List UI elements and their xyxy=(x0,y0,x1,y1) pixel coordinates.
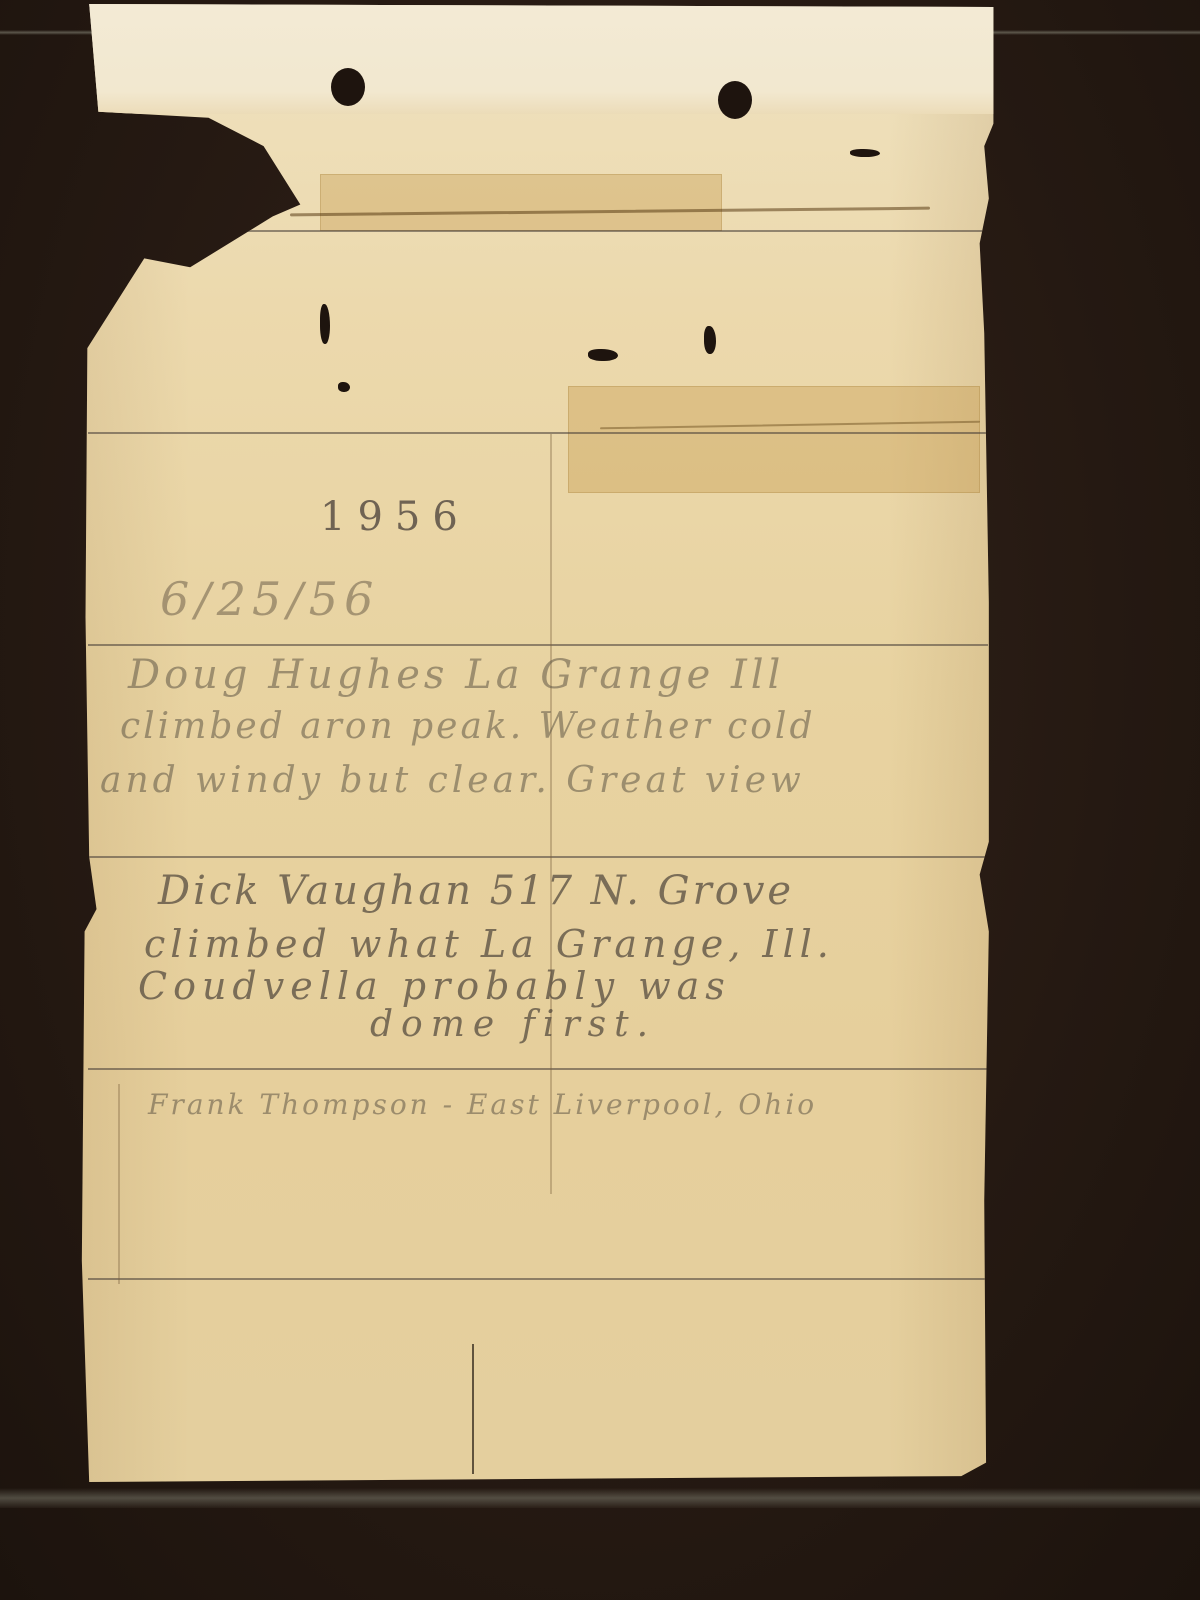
rule-line-1 xyxy=(88,230,988,232)
rule-line-6 xyxy=(88,1278,988,1280)
glass-reflection-bottom xyxy=(0,1488,1200,1508)
entry-1-line-2: climbed aron peak. Weather cold xyxy=(120,706,816,747)
tear-hole-4 xyxy=(704,326,716,354)
entry-3-line-1: Frank Thompson - East Liverpool, Ohio xyxy=(148,1088,817,1121)
register-page: 1956 6/25/56 Doug Hughes La Grange Ill c… xyxy=(80,4,998,1500)
rule-line-2 xyxy=(88,432,988,434)
entry-2-line-2: climbed what La Grange, Ill. xyxy=(144,922,834,966)
entry-1-line-1: Doug Hughes La Grange Ill xyxy=(128,652,784,698)
entry-year: 1956 xyxy=(320,494,470,540)
entry-date: 6/25/56 xyxy=(160,572,379,626)
entry-2-line-1: Dick Vaughan 517 N. Grove xyxy=(158,868,794,914)
entry-1-line-3: and windy but clear. Great view xyxy=(100,760,805,801)
entry-2-line-3: Coudvella probably was xyxy=(138,964,731,1008)
rule-line-4 xyxy=(88,856,988,858)
entry-2-line-4: dome first. xyxy=(370,1004,656,1045)
crease-vertical-2 xyxy=(472,1344,474,1474)
document-photo: 1956 6/25/56 Doug Hughes La Grange Ill c… xyxy=(0,0,1200,1600)
tear-hole-5 xyxy=(850,149,880,157)
tape-stain-top xyxy=(320,174,722,231)
crease-vertical-3 xyxy=(118,1084,120,1284)
rule-line-5 xyxy=(88,1068,988,1070)
punch-hole-left xyxy=(331,68,365,106)
binding-strip xyxy=(88,4,994,114)
rule-line-3 xyxy=(88,644,988,646)
tear-hole-3 xyxy=(588,349,618,361)
crease-vertical-1 xyxy=(550,434,552,1194)
tape-stain-right xyxy=(568,386,980,493)
tear-hole-1 xyxy=(320,304,330,344)
tear-hole-2 xyxy=(338,382,350,392)
punch-hole-right xyxy=(718,81,752,119)
